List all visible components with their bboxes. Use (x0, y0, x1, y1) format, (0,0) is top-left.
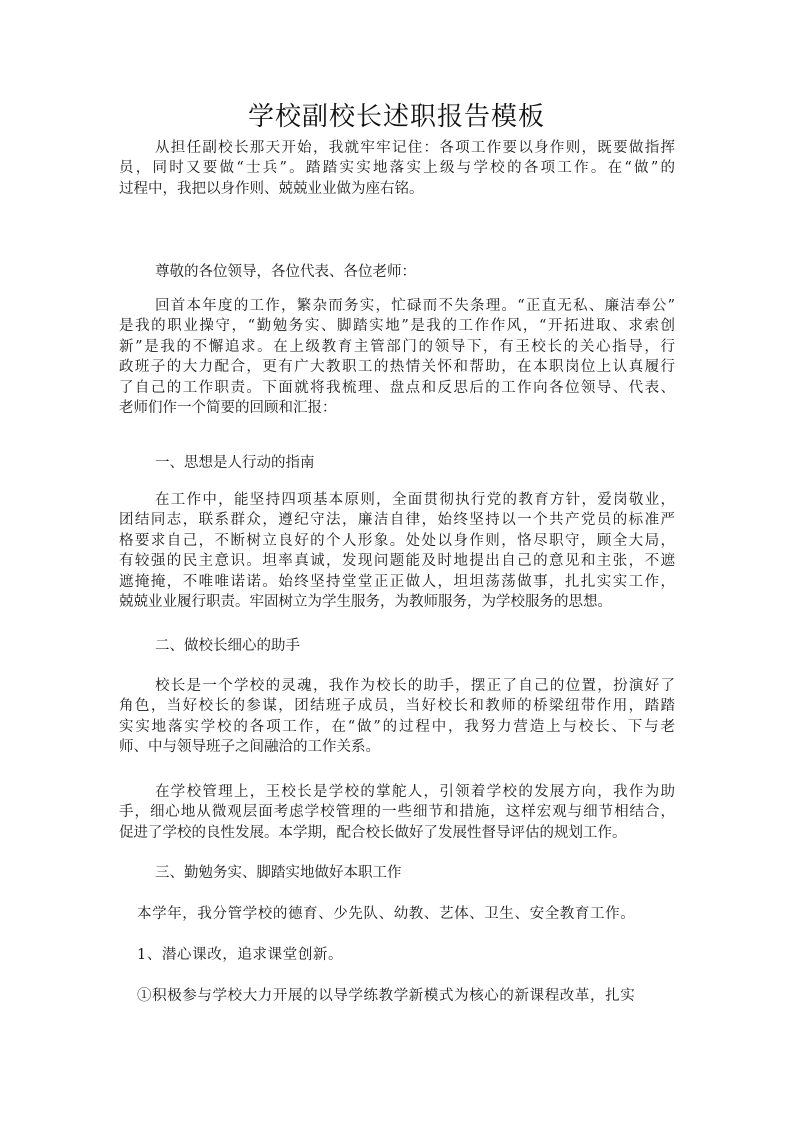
section-1-paragraph: 在工作中，能坚持四项基本原则，全面贯彻执行党的教育方针，爱岗敬业， 团结同志，联… (119, 490, 675, 612)
text-line: 在学校管理上，王校长是学校的掌舵人，引领着学校的发展方向，我作为助 (119, 782, 675, 802)
section-3-heading: 三、勤勉务实、脚踏实地做好本职工作 (155, 863, 402, 883)
text-line: 遮掩掩，不唯唯诺诺。始终坚持堂堂正正做人，坦坦荡荡做事，扎扎实实工作， (119, 572, 675, 592)
text-line: 角色，当好校长的参谋，团结班子成员，当好校长和教师的桥梁纽带作用，踏踏 (119, 696, 675, 716)
text-line: 回首本年度的工作，繁杂而务实，忙碌而不失条理。“正直无私、廉洁奉公” (119, 296, 675, 316)
document-title: 学校副校长述职报告模板 (0, 100, 793, 134)
review-paragraph: 回首本年度的工作，繁杂而务实，忙碌而不失条理。“正直无私、廉洁奉公” 是我的职业… (119, 296, 675, 418)
text-line: 团结同志，联系群众，遵纪守法，廉洁自律，始终坚持以一个共产党员的标准严 (119, 510, 675, 530)
section-2-heading: 二、做校长细心的助手 (155, 636, 300, 656)
text-line: 新”是我的不懈追求。在上级教育主管部门的领导下，有王校长的关心指导，行 (119, 337, 675, 357)
section-2-paragraph-1: 校长是一个学校的灵魂，我作为校长的助手，摆正了自己的位置，扮演好了 角色，当好校… (119, 676, 675, 758)
text-line: 政班子的大力配合，更有广大教职工的热情关怀和帮助，在本职岗位上认真履行 (119, 357, 675, 377)
section-1-heading: 一、思想是人行动的指南 (155, 453, 315, 473)
text-line: 兢兢业业履行职责。牢固树立为学生服务，为教师服务，为学校服务的思想。 (119, 592, 675, 612)
text-line: 校长是一个学校的灵魂，我作为校长的助手，摆正了自己的位置，扮演好了 (119, 676, 675, 696)
section-2-paragraph-2: 在学校管理上，王校长是学校的掌舵人，引领着学校的发展方向，我作为助 手，细心地从… (119, 782, 675, 843)
text-line: 有较强的民主意识。坦率真诚，发现问题能及时地提出自己的意见和主张，不遮 (119, 551, 675, 571)
intro-paragraph: 从担任副校长那天开始，我就牢牢记住：各项工作要以身作则，既要做指挥 员，同时又要… (119, 138, 675, 199)
document-page: 学校副校长述职报告模板 从担任副校长那天开始，我就牢牢记住：各项工作要以身作则，… (0, 0, 793, 1122)
text-line: 在工作中，能坚持四项基本原则，全面贯彻执行党的教育方针，爱岗敬业， (119, 490, 675, 510)
text-line: 了自己的工作职责。下面就将我梳理、盘点和反思后的工作向各位领导、代表、 (119, 378, 675, 398)
text-line: 从担任副校长那天开始，我就牢牢记住：各项工作要以身作则，既要做指挥 (119, 138, 675, 158)
salutation: 尊敬的各位领导，各位代表、各位老师： (155, 262, 416, 282)
text-line: 老师们作一个简要的回顾和汇报： (119, 398, 675, 418)
section-3-item-1-sub: ①积极参与学校大力开展的以导学练教学新模式为核心的新课程改革，扎实 (137, 986, 635, 1006)
text-line: 员，同时又要做“士兵”。踏踏实实地落实上级与学校的各项工作。在“做”的 (119, 158, 675, 178)
text-line: 过程中，我把以身作则、兢兢业业做为座右铭。 (119, 179, 675, 199)
text-line: 师、中与领导班子之间融洽的工作关系。 (119, 737, 675, 757)
section-3-scope: 本学年，我分管学校的德育、少先队、幼教、艺体、卫生、安全教育工作。 (137, 904, 635, 924)
text-line: 促进了学校的良性发展。本学期，配合校长做好了发展性督导评估的规划工作。 (119, 823, 675, 843)
section-3-item-1: 1、潜心课改，追求课堂创新。 (137, 945, 343, 965)
text-line: 格要求自己，不断树立良好的个人形象。处处以身作则，恪尽职守，顾全大局， (119, 531, 675, 551)
text-line: 手，细心地从微观层面考虑学校管理的一些细节和措施，这样宏观与细节相结合， (119, 802, 675, 822)
text-line: 实实地落实学校的各项工作，在“做”的过程中，我努力营造上与校长、下与老 (119, 717, 675, 737)
text-line: 是我的职业操守，“勤勉务实、脚踏实地”是我的工作作风，“开拓进取、求索创 (119, 316, 675, 336)
